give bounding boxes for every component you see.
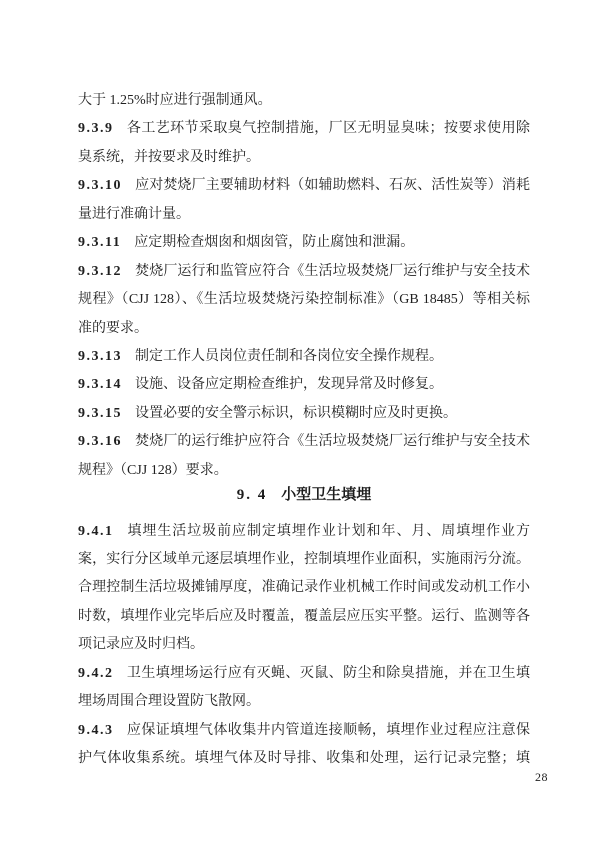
document-page: 大于 1.25%时应进行强制通风。 9.3.9各工艺环节采取臭气控制措施，厂区无…	[0, 0, 600, 848]
clause-text: 焚烧厂运行和监管应符合《生活垃圾焚烧厂运行维护与安全技术规程》（CJJ 128）…	[78, 264, 530, 336]
clause-number: 9.3.11	[78, 235, 121, 250]
section-heading-number: 9. 4	[237, 487, 268, 503]
clause-9-3-16: 9.3.16焚烧厂的运行维护应符合《生活垃圾焚烧厂运行维护与安全技术规程》（CJ…	[78, 428, 530, 485]
clause-number: 9.3.12	[78, 264, 122, 279]
clause-9-3-15: 9.3.15设置必要的安全警示标识，标识模糊时应及时更换。	[78, 400, 530, 428]
page-number: 28	[535, 770, 548, 785]
clause-text: 各工艺环节采取臭气控制措施，厂区无明显臭味；按要求使用除臭系统，并按要求及时维护…	[78, 121, 530, 164]
clause-text: 设施、设备应定期检查维护，发现异常及时修复。	[135, 377, 443, 392]
clause-number: 9.3.10	[78, 178, 122, 193]
clause-text: 设置必要的安全警示标识，标识模糊时应及时更换。	[135, 406, 457, 421]
clause-number: 9.3.16	[78, 434, 122, 449]
paragraph-continuation: 大于 1.25%时应进行强制通风。	[78, 87, 530, 115]
clause-text: 应对焚烧厂主要辅助材料（如辅助燃料、石灰、活性炭等）消耗量进行准确计量。	[78, 178, 530, 221]
clause-text: 卫生填埋场运行应有灭蝇、灭鼠、防尘和除臭措施，并在卫生填埋场周围合理设置防飞散网…	[78, 666, 530, 709]
clause-9-4-2: 9.4.2卫生填埋场运行应有灭蝇、灭鼠、防尘和除臭措施，并在卫生填埋场周围合理设…	[78, 660, 530, 717]
clause-9-3-14: 9.3.14设施、设备应定期检查维护，发现异常及时修复。	[78, 371, 530, 399]
page-content: 大于 1.25%时应进行强制通风。 9.3.9各工艺环节采取臭气控制措施，厂区无…	[78, 87, 530, 774]
clause-9-3-11: 9.3.11应定期检查烟囱和烟囱管，防止腐蚀和泄漏。	[78, 229, 530, 257]
clause-number: 9.4.2	[78, 666, 114, 681]
clause-text: 制定工作人员岗位责任制和各岗位安全操作规程。	[135, 349, 443, 364]
clause-text: 焚烧厂的运行维护应符合《生活垃圾焚烧厂运行维护与安全技术规程》（CJJ 128）…	[78, 434, 530, 477]
clause-number: 9.4.1	[78, 524, 114, 539]
section-heading-title: 小型卫生填埋	[281, 487, 371, 503]
clause-text: 应定期检查烟囱和烟囱管，防止腐蚀和泄漏。	[134, 235, 414, 250]
clause-9-3-10: 9.3.10应对焚烧厂主要辅助材料（如辅助燃料、石灰、活性炭等）消耗量进行准确计…	[78, 172, 530, 229]
clause-text: 填埋生活垃圾前应制定填埋作业计划和年、月、周填埋作业方案，实行分区域单元逐层填埋…	[78, 524, 530, 653]
clause-number: 9.3.14	[78, 377, 122, 392]
clause-9-4-3: 9.4.3应保证填埋气体收集井内管道连接顺畅，填埋作业过程应注意保护气体收集系统…	[78, 717, 530, 774]
clause-number: 9.4.3	[78, 723, 114, 738]
clause-text: 应保证填埋气体收集井内管道连接顺畅，填埋作业过程应注意保护气体收集系统。填埋气体…	[78, 723, 530, 766]
section-heading: 9. 4小型卫生填埋	[78, 481, 530, 509]
clause-9-3-9: 9.3.9各工艺环节采取臭气控制措施，厂区无明显臭味；按要求使用除臭系统，并按要…	[78, 115, 530, 172]
clause-9-3-13: 9.3.13制定工作人员岗位责任制和各岗位安全操作规程。	[78, 343, 530, 371]
clause-number: 9.3.13	[78, 349, 122, 364]
clause-number: 9.3.15	[78, 406, 122, 421]
clause-9-3-12: 9.3.12焚烧厂运行和监管应符合《生活垃圾焚烧厂运行维护与安全技术规程》（CJ…	[78, 258, 530, 343]
clause-9-4-1: 9.4.1填埋生活垃圾前应制定填埋作业计划和年、月、周填埋作业方案，实行分区域单…	[78, 518, 530, 660]
clause-number: 9.3.9	[78, 121, 114, 136]
